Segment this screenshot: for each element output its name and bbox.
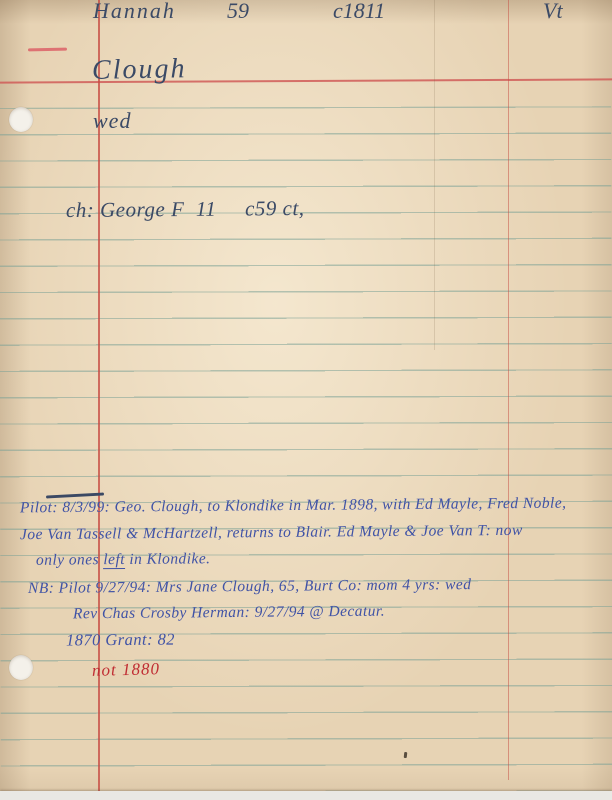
spouse-birth-year: c1811 [333,0,385,22]
note-line-3-post: in Klondike. [125,550,211,568]
wed-label: wed [93,110,131,132]
note-line-3-underlined: left [103,551,125,569]
surname-heading: Clough [92,55,187,85]
note-line-6: 1870 Grant: 82 [66,632,175,649]
children-line: ch: George F 11 c59 ct, [66,198,305,221]
margin-line-right [508,0,509,780]
paper-crease [434,0,435,350]
spouse-age: 59 [227,0,249,22]
note-line-5: Rev Chas Crosby Herman: 9/27/94 @ Decatu… [73,604,385,622]
punch-hole-top [9,107,33,132]
red-annotation: not 1880 [92,660,160,679]
scanner-edge [0,791,612,800]
note-line-4: NB: Pilot 9/27/94: Mrs Jane Clough, 65, … [28,577,472,596]
punch-hole-bottom [9,655,33,680]
spouse-birthplace: Vt [543,0,563,22]
note-line-3: only ones left in Klondike. [36,551,211,568]
scanned-page: Clough wed Hannah 59 c1811 Vt ch: George… [0,0,612,800]
spouse-name: Hannah [93,0,176,22]
note-line-3-pre: only ones [36,551,104,569]
